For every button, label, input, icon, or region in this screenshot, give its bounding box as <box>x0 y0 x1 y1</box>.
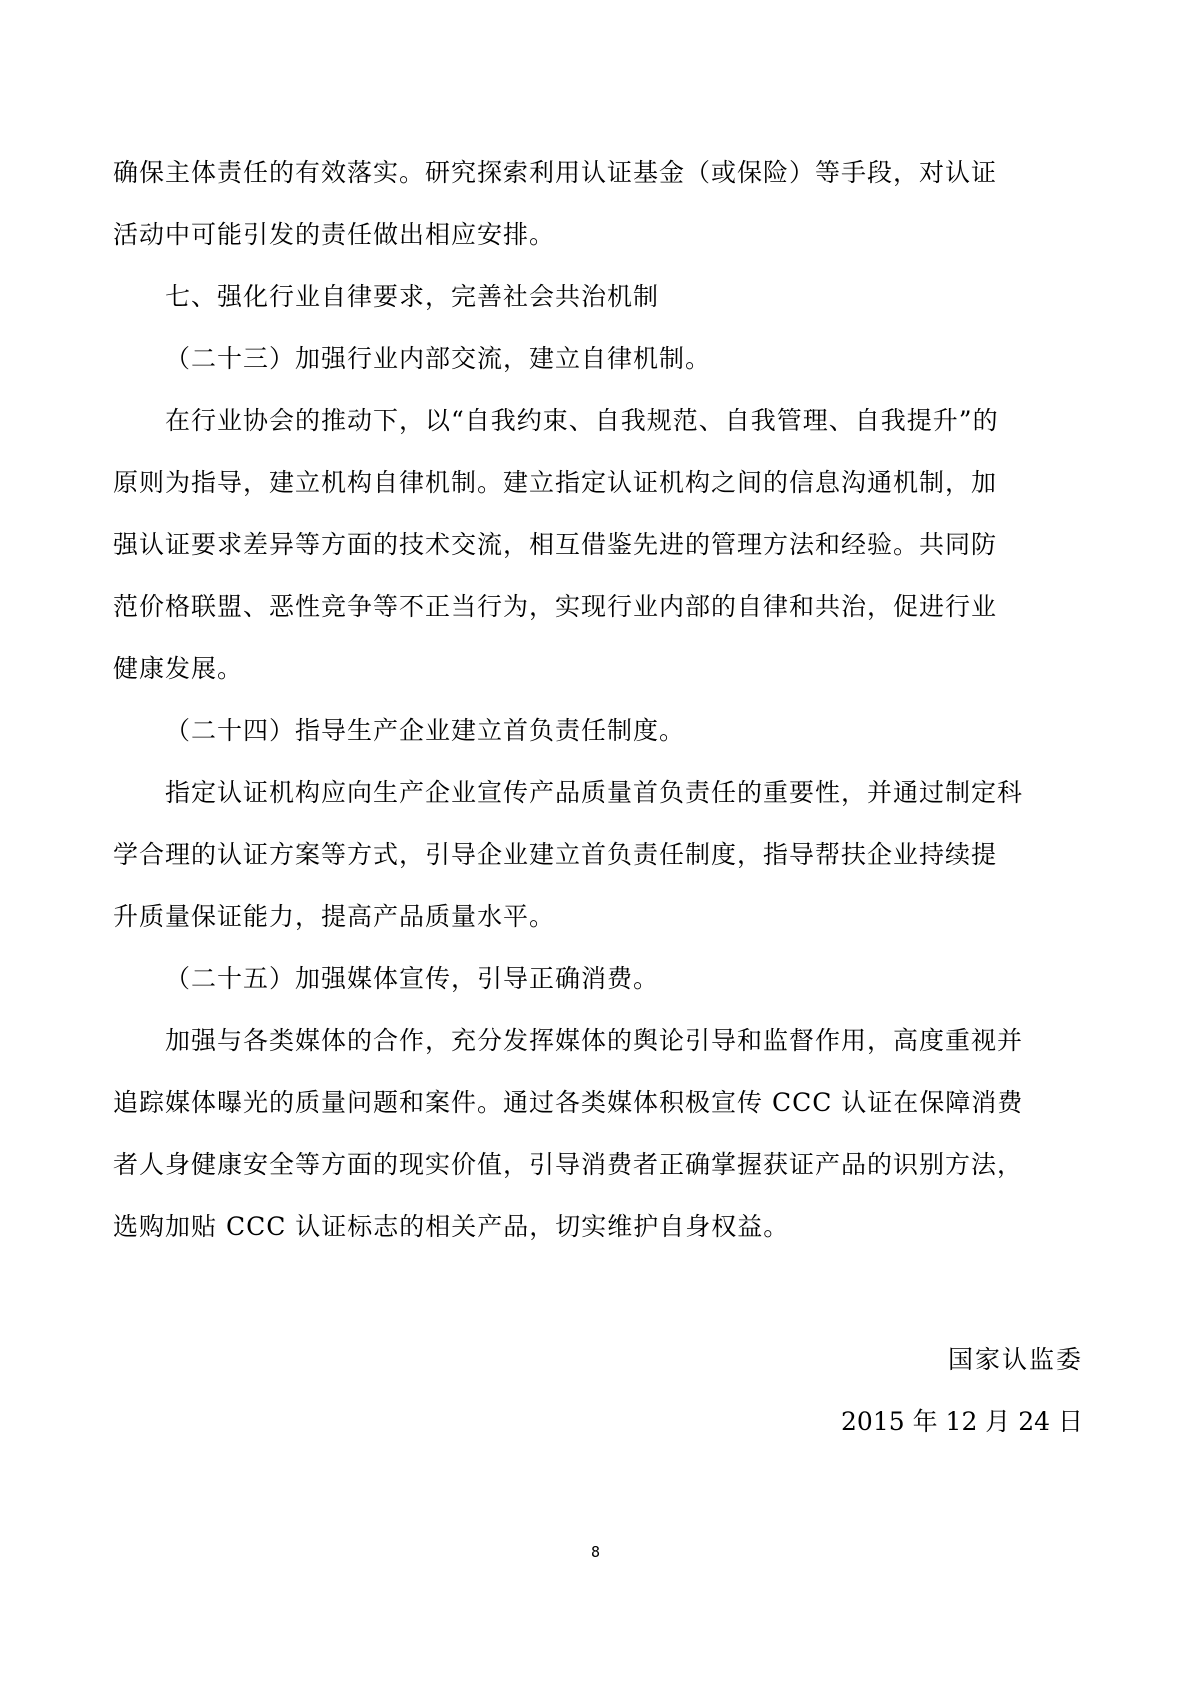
text-line: 健康发展。 <box>113 654 1083 716</box>
subsection-heading: （二十五）加强媒体宣传，引导正确消费。 <box>113 964 1083 1026</box>
text-line: 范价格联盟、恶性竞争等不正当行为，实现行业内部的自律和共治，促进行业 <box>113 592 1083 654</box>
text-line: 强认证要求差异等方面的技术交流，相互借鉴先进的管理方法和经验。共同防 <box>113 530 1083 592</box>
subsection-heading: （二十三）加强行业内部交流，建立自律机制。 <box>113 344 1083 406</box>
page-number: 8 <box>0 1543 1191 1561</box>
subsection-heading: （二十四）指导生产企业建立首负责任制度。 <box>113 716 1083 778</box>
section-heading: 七、强化行业自律要求，完善社会共治机制 <box>113 282 1083 344</box>
body-text: 确保主体责任的有效落实。研究探索利用认证基金（或保险）等手段，对认证 活动中可能… <box>113 158 1083 1274</box>
text-line: 加强与各类媒体的合作，充分发挥媒体的舆论引导和监督作用，高度重视并 <box>113 1026 1083 1088</box>
text-line: 选购加贴 CCC 认证标志的相关产品，切实维护自身权益。 <box>113 1212 1083 1274</box>
text-line: 追踪媒体曝光的质量问题和案件。通过各类媒体积极宣传 CCC 认证在保障消费 <box>113 1088 1083 1150</box>
text-line: 者人身健康安全等方面的现实价值，引导消费者正确掌握获证产品的识别方法， <box>113 1150 1083 1212</box>
document-page: 确保主体责任的有效落实。研究探索利用认证基金（或保险）等手段，对认证 活动中可能… <box>0 0 1191 1684</box>
text-line: 活动中可能引发的责任做出相应安排。 <box>113 220 1083 282</box>
text-line: 学合理的认证方案等方式，引导企业建立首负责任制度，指导帮扶企业持续提 <box>113 840 1083 902</box>
text-line: 原则为指导，建立机构自律机制。建立指定认证机构之间的信息沟通机制，加 <box>113 468 1083 530</box>
text-line: 指定认证机构应向生产企业宣传产品质量首负责任的重要性，并通过制定科 <box>113 778 1083 840</box>
text-line: 升质量保证能力，提高产品质量水平。 <box>113 902 1083 964</box>
text-line: 在行业协会的推动下，以“自我约束、自我规范、自我管理、自我提升”的 <box>113 406 1083 468</box>
text-line: 确保主体责任的有效落实。研究探索利用认证基金（或保险）等手段，对认证 <box>113 158 1083 220</box>
signature: 国家认监委 <box>948 1345 1083 1375</box>
issue-date: 2015 年 12 月 24 日 <box>841 1407 1083 1437</box>
